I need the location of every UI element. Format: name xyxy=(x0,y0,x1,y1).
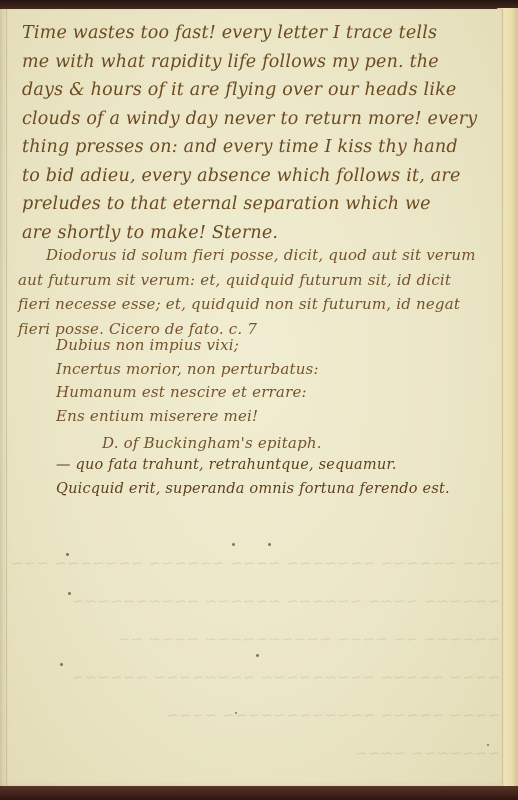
page-gutter-line xyxy=(6,9,7,788)
latin-line: fieri necesse esse; et, quidquid non sit… xyxy=(18,292,476,317)
book-binding-bottom xyxy=(0,786,518,800)
epitaph-line: Incertus morior, non perturbatus: xyxy=(56,358,322,382)
cicero-quotation: Diodorus id solum fieri posse, dicit, qu… xyxy=(18,243,476,341)
ink-speck xyxy=(60,663,63,666)
latin-line: aut futurum sit verum: et, quidquid futu… xyxy=(18,268,476,293)
manuscript-page: ~~~ ~~~~~~ ~~~~~~~ ~~~~ ~~~~~~ ~~~~~~~ ~… xyxy=(0,9,503,788)
sterne-quotation: Time wastes too fast! every letter I tra… xyxy=(22,19,477,247)
prose-line: to bid adieu, every absence which follow… xyxy=(22,162,477,191)
maxim-line: Quicquid erit, superanda omnis fortuna f… xyxy=(56,477,450,501)
prose-line: clouds of a windy day never to return mo… xyxy=(22,105,477,134)
prose-line: me with what rapidity life follows my pe… xyxy=(22,48,477,77)
epitaph-line: Ens entium miserere mei! xyxy=(56,405,322,429)
ink-speck xyxy=(487,744,489,746)
ink-speck xyxy=(68,592,71,595)
buckingham-epitaph: Dubius non impius vixi; Incertus morior,… xyxy=(56,334,322,456)
prose-line: preludes to that eternal separation whic… xyxy=(22,190,477,219)
prose-line: thing presses on: and every time I kiss … xyxy=(22,133,477,162)
bleed-line: ~~~~~~ ~~ ~~~~ ~~~~~~~~~~ ~~~~ ~~ xyxy=(30,620,500,658)
prose-line: Time wastes too fast! every letter I tra… xyxy=(22,19,477,48)
bleed-line: ~~~~~~~ ~~~~ xyxy=(30,734,500,772)
ink-speck xyxy=(232,543,235,546)
bleed-line: ~~~ ~~~~~~ ~~~~~~~ ~~~~ ~~~~~~ ~~~~~~~ ~… xyxy=(30,544,500,582)
ink-speck xyxy=(235,712,237,714)
bleed-line: ~~~~ ~~~~~ ~~~~~~~~~~~~ ~~~~ xyxy=(30,696,500,734)
latin-line: Diodorus id solum fieri posse, dicit, qu… xyxy=(18,243,476,268)
manuscript-photo: ~~~ ~~~~~~ ~~~~~~~ ~~~~ ~~~~~~ ~~~~~~~ ~… xyxy=(0,0,518,800)
maxim-line: — quo fata trahunt, retrahuntque, sequam… xyxy=(56,453,450,477)
latin-maxims: — quo fata trahunt, retrahuntque, sequam… xyxy=(56,453,450,501)
ink-speck xyxy=(256,654,259,657)
epitaph-attribution: D. of Buckingham's epitaph. xyxy=(56,432,322,456)
epitaph-line: Dubius non impius vixi; xyxy=(56,334,322,358)
ink-speck xyxy=(66,553,69,556)
prose-line: days & hours of it are flying over our h… xyxy=(22,76,477,105)
epitaph-line: Humanum est nescire et errare: xyxy=(56,381,322,405)
bleed-through-text: ~~~ ~~~~~~ ~~~~~~~ ~~~~ ~~~~~~ ~~~~~~~ ~… xyxy=(30,544,500,772)
ink-speck xyxy=(268,543,271,546)
bleed-line: ~~~~ ~~~~~ ~~~~~~~~~ ~~~~~~~~ ~~~~~~ xyxy=(30,658,500,696)
bleed-line: ~~~~~~ ~~~~ ~~~~~~ ~~~~~~ ~~~~~~~~~~ xyxy=(30,582,500,620)
